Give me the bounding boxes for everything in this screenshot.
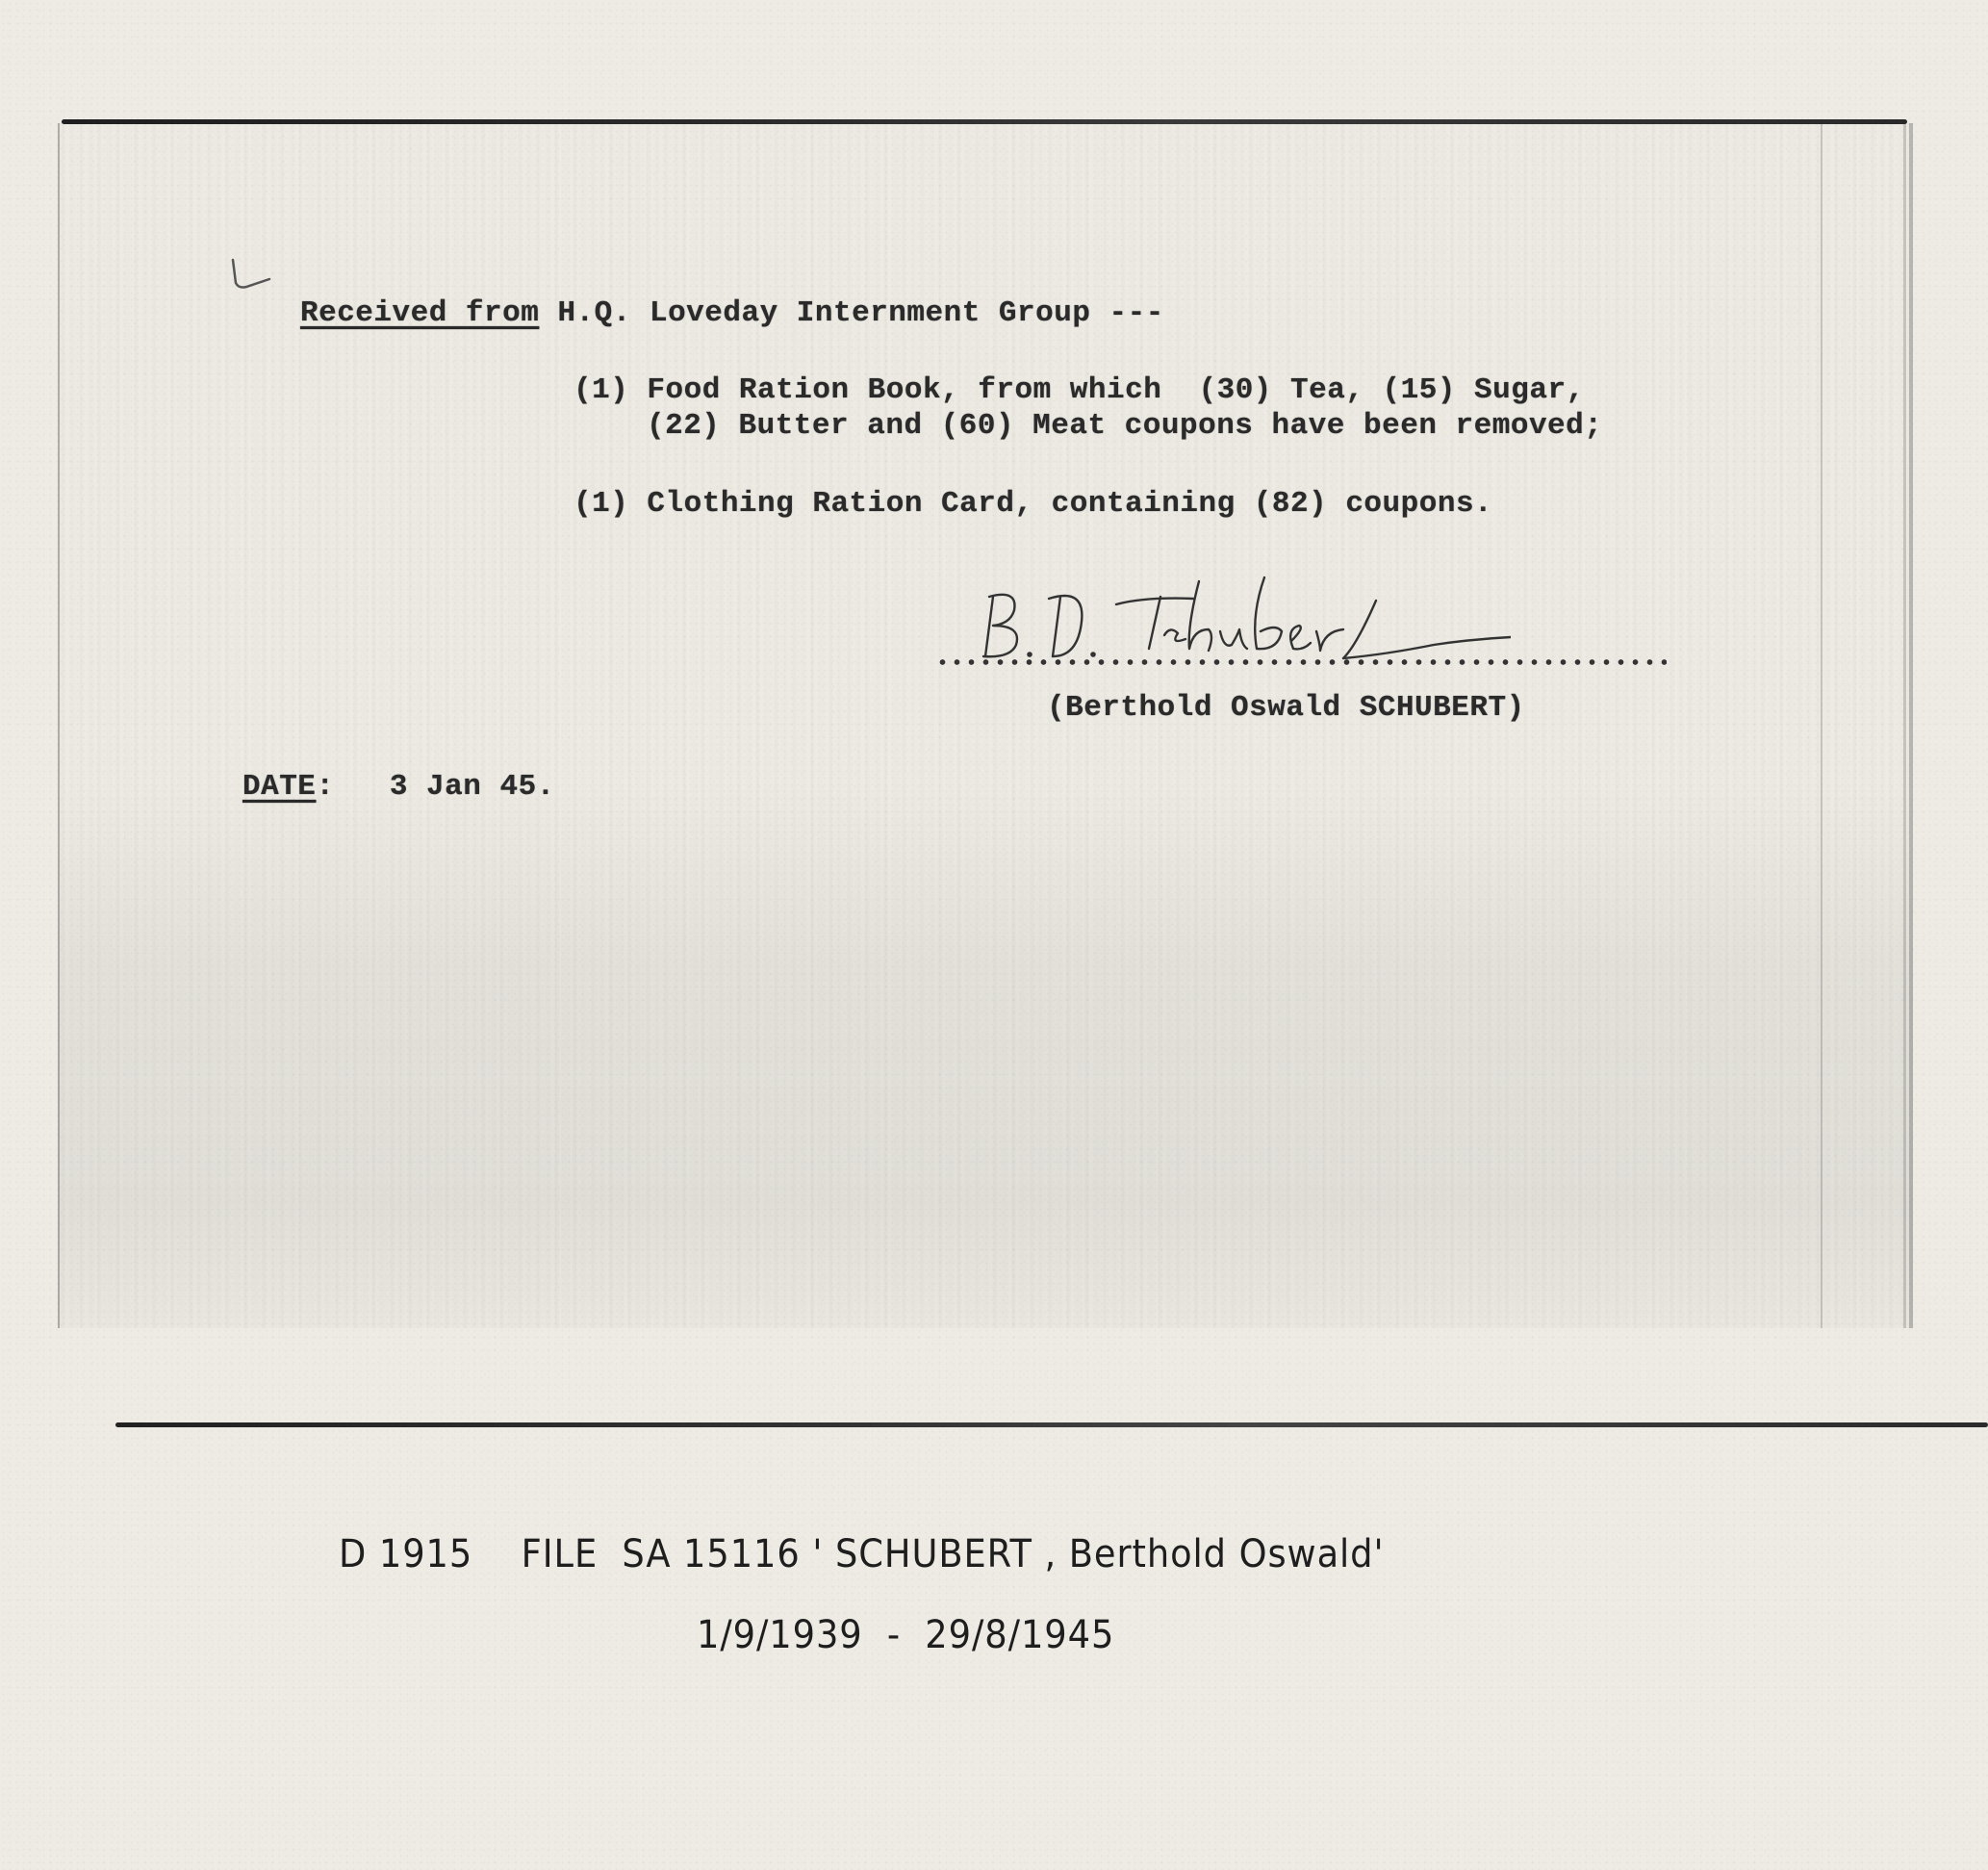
file-date-range-annotation: 1/9/1939 - 29/8/1945 xyxy=(697,1613,1114,1657)
item-clothing-ration: (1) Clothing Ration Card, containing (82… xyxy=(573,487,1492,521)
date-separator: : xyxy=(316,770,334,804)
frame-streak xyxy=(1903,123,1906,1328)
signature-dotted-line xyxy=(935,658,1667,666)
received-label: Received from xyxy=(300,296,539,330)
frame-streak xyxy=(1821,123,1822,1328)
printed-name: (Berthold Oswald SCHUBERT) xyxy=(1047,691,1525,725)
bottom-rule xyxy=(115,1422,1988,1427)
date-label: DATE xyxy=(242,770,316,804)
date-line: DATE: 3 Jan 45. xyxy=(242,770,555,804)
received-source: H.Q. Loveday Internment Group --- xyxy=(539,296,1164,330)
top-rule xyxy=(62,119,1907,124)
pencil-tick-mark-icon xyxy=(227,258,275,296)
received-line: Received from H.Q. Loveday Internment Gr… xyxy=(300,296,1164,330)
item-food-ration-line1: (1) Food Ration Book, from which (30) Te… xyxy=(573,373,1585,407)
date-value: 3 Jan 45. xyxy=(390,770,555,804)
item-food-ration-line2: (22) Butter and (60) Meat coupons have b… xyxy=(647,409,1602,443)
file-reference-annotation: D 1915 FILE SA 15116 ' SCHUBERT , Bertho… xyxy=(339,1532,1385,1576)
